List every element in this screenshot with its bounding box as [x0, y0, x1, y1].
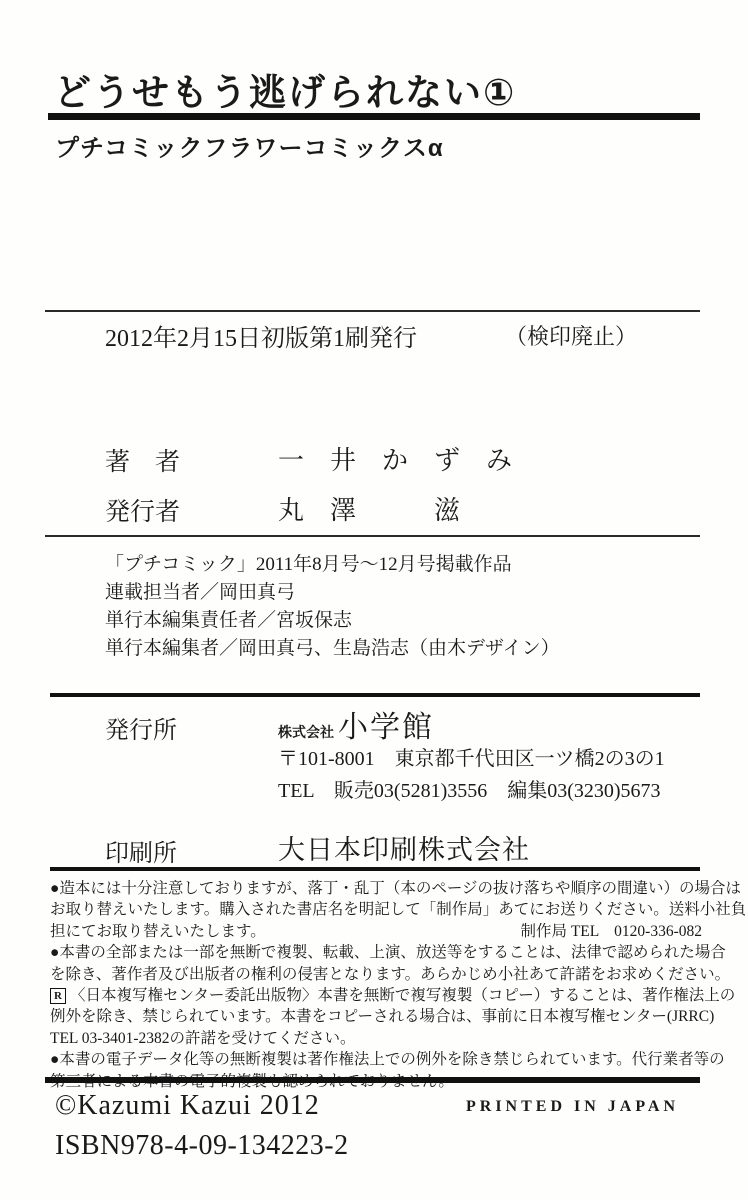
edition-date: 2012年2月15日初版第1刷発行	[105, 318, 417, 353]
legal-line-with-contact: 担にてお取り替えいたします。 制作局 TEL 0120-336-082	[50, 921, 702, 942]
legal-line-jrrc-text: 〈日本複写権センター委託出版物〉本書を無断で複写複製（コピー）することは、著作権…	[70, 987, 735, 1004]
book-editors: 単行本編集者／岡田真弓、生島浩志（由木デザイン）	[105, 635, 560, 663]
legal-bottom-rule	[45, 1077, 700, 1083]
colophon-page: どうせもう逃げられない① プチコミックフラワーコミックスα 2012年2月15日…	[0, 0, 748, 1200]
legal-line-left: 担にてお取り替えいたします。	[50, 921, 266, 942]
production-dept-phone: 制作局 TEL 0120-336-082	[520, 921, 702, 942]
author-name: 一 井 か ず み	[278, 440, 512, 477]
isbn-number: ISBN978-4-09-134223-2	[55, 1130, 349, 1162]
printer-name: 大日本印刷株式会社	[278, 828, 530, 867]
imprint-label: プチコミックフラワーコミックスα	[55, 128, 444, 163]
legal-line-jrrc: R〈日本複写権センター委託出版物〉本書を無断で複写複製（コピー）することは、著作…	[50, 985, 702, 1006]
credits-bottom-rule	[45, 535, 700, 537]
author-label: 著 者	[105, 442, 180, 478]
title-underline-rule	[48, 113, 700, 120]
editorial-credits: 「プチコミック」2011年8月号～12月号掲載作品 連載担当者／岡田真弓 単行本…	[105, 551, 560, 663]
legal-top-rule	[50, 867, 700, 871]
legal-line: ●造本には十分注意しておりますが、落丁・乱丁（本のページの抜け落ちや順序の間違い…	[50, 878, 702, 899]
inspection-note: （検印廃止）	[505, 320, 637, 351]
publisher-top-rule	[50, 693, 700, 697]
legal-line: を除き、著作者及び出版者の権利の侵害となります。あらかじめ小社あて許諾をお求めく…	[50, 964, 702, 985]
legal-notices: ●造本には十分注意しておりますが、落丁・乱丁（本のページの抜け落ちや順序の間違い…	[50, 878, 702, 1092]
legal-line: 例外を除き、禁じられています。本書をコピーされる場合は、事前に日本複写権センター…	[50, 1006, 702, 1027]
edition-top-rule	[45, 310, 700, 312]
publisher-person-label: 発行者	[105, 492, 180, 528]
company-prefix: 株式会社	[278, 726, 334, 741]
publisher-company: 株式会社 小学館	[278, 702, 434, 746]
copyright-notice: ©Kazumi Kazui 2012	[55, 1090, 320, 1122]
legal-line: TEL 03-3401-2382の許諾を受けてください。	[50, 1028, 702, 1049]
printer-label: 印刷所	[105, 833, 177, 868]
publisher-person-name: 丸 澤 滋	[278, 490, 460, 527]
legal-line: ●本書の電子データ化等の無断複製は著作権法上での例外を除き禁じられています。代行…	[50, 1049, 702, 1070]
serial-editor: 連載担当者／岡田真弓	[105, 579, 560, 607]
company-name: 小学館	[338, 711, 434, 744]
legal-line: お取り替えいたします。購入された書店名を明記して「制作局」あてにお送りください。…	[50, 899, 702, 920]
chief-editor: 単行本編集責任者／宮坂保志	[105, 607, 560, 635]
legal-line: ●本書の全部または一部を無断で複製、転載、上演、放送等をすることは、法律で認めら…	[50, 942, 702, 963]
registered-copyright-r-icon: R	[50, 988, 66, 1004]
publisher-label: 発行所	[105, 710, 177, 745]
printed-in-japan: PRINTED IN JAPAN	[466, 1098, 679, 1116]
book-title: どうせもう逃げられない①	[54, 62, 516, 116]
serialization-note: 「プチコミック」2011年8月号～12月号掲載作品	[105, 551, 560, 579]
publisher-address: 〒101-8001 東京都千代田区一ツ橋2の3の1	[278, 742, 665, 771]
publisher-phone: TEL 販売03(5281)3556 編集03(3230)5673	[278, 774, 661, 803]
